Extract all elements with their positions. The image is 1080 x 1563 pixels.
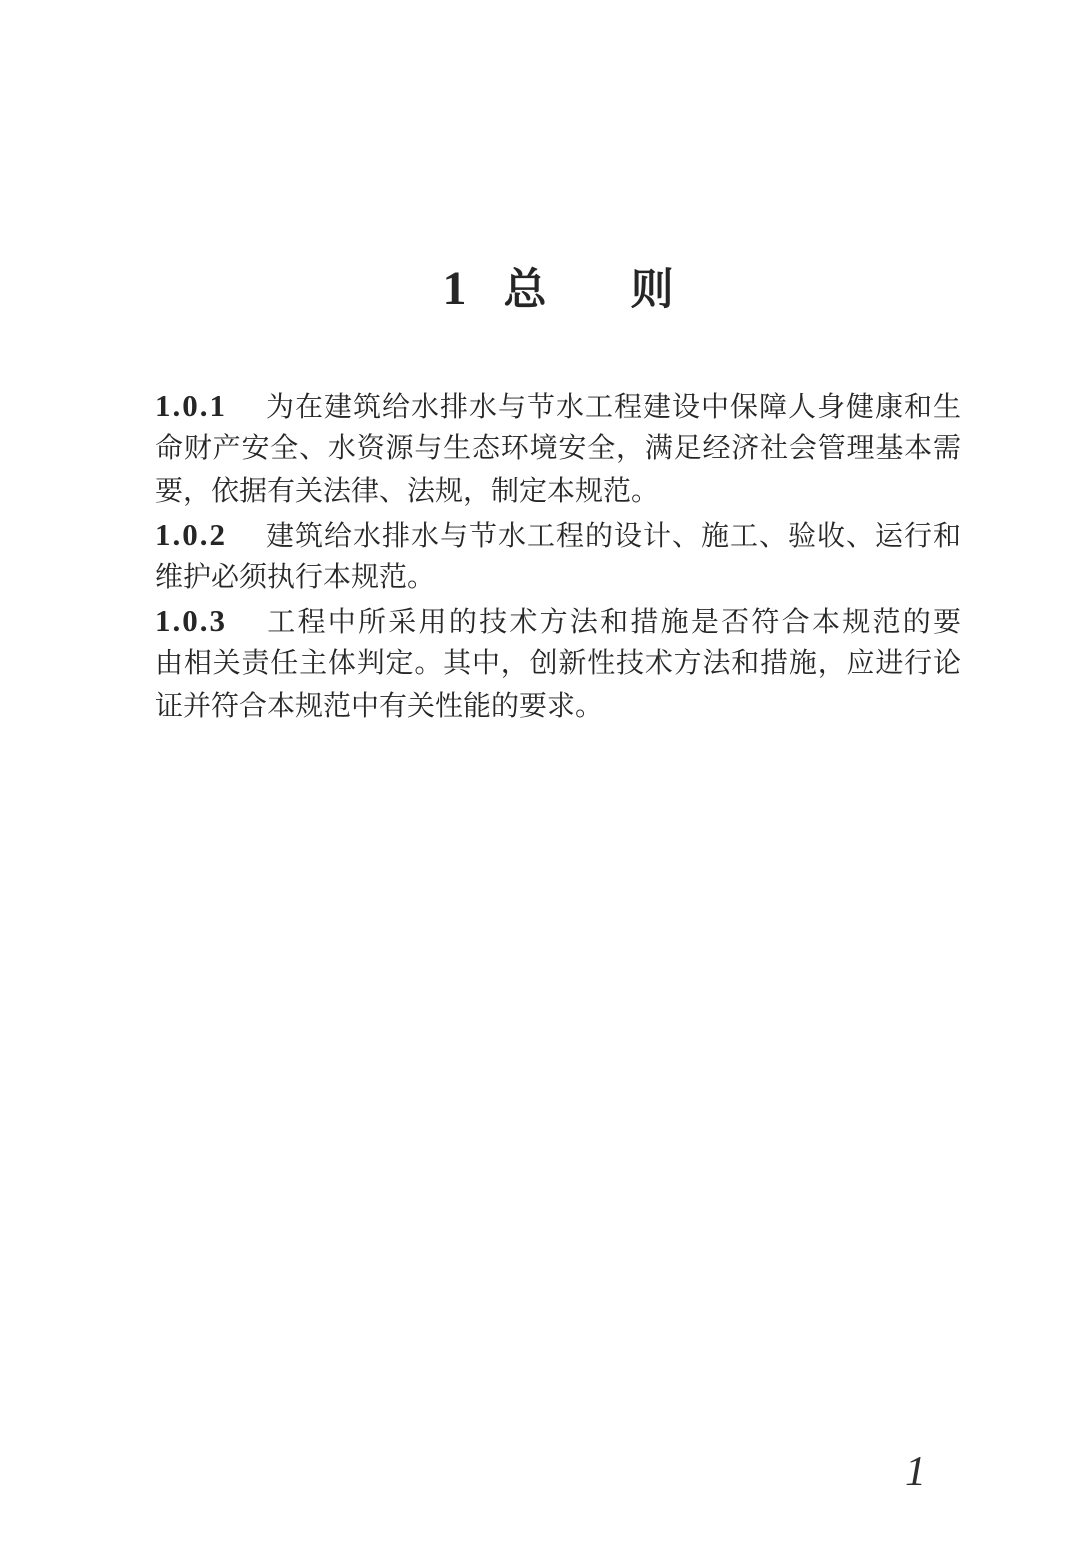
document-page: 1总则 1.0.1为在建筑给水排水与节水工程建设中保障人身健康和生 命财产安全、… [0,0,1080,1563]
clause-1-0-2: 1.0.2建筑给水排水与节水工程的设计、施工、验收、运行和 维护必须执行本规范。 [155,513,961,599]
clause-line: 维护必须执行本规范。 [155,556,961,599]
chapter-title-char-1: 总 [504,267,547,314]
clause-text: 建筑给水排水与节水工程的设计、施工、验收、运行和 [265,521,961,552]
clause-1-0-1: 1.0.1为在建筑给水排水与节水工程建设中保障人身健康和生 命财产安全、水资源与… [155,384,961,513]
clauses-block: 1.0.1为在建筑给水排水与节水工程建设中保障人身健康和生 命财产安全、水资源与… [155,384,961,728]
clause-number: 1.0.3 [155,603,227,638]
clause-line: 由相关责任主体判定。其中，创新性技术方法和措施，应进行论 [155,642,961,685]
clause-line: 1.0.3工程中所采用的技术方法和措施是否符合本规范的要求， [155,599,961,642]
chapter-title-char-2: 则 [631,267,674,314]
clause-line: 要，依据有关法律、法规，制定本规范。 [155,470,961,513]
chapter-number: 1 [443,262,467,315]
clause-number: 1.0.1 [155,388,227,423]
chapter-title: 1总则 [155,262,961,327]
clause-1-0-3: 1.0.3工程中所采用的技术方法和措施是否符合本规范的要求， 由相关责任主体判定… [155,599,961,728]
clause-line: 命财产安全、水资源与生态环境安全，满足经济社会管理基本需 [155,427,961,470]
clause-number: 1.0.2 [155,517,227,552]
clause-text: 工程中所采用的技术方法和措施是否符合本规范的要求， [155,607,961,642]
clause-line: 1.0.1为在建筑给水排水与节水工程建设中保障人身健康和生 [155,384,961,427]
clause-line: 1.0.2建筑给水排水与节水工程的设计、施工、验收、运行和 [155,513,961,556]
page-number: 1 [905,1448,926,1496]
clause-text: 为在建筑给水排水与节水工程建设中保障人身健康和生 [265,392,961,423]
clause-line: 证并符合本规范中有关性能的要求。 [155,685,961,728]
